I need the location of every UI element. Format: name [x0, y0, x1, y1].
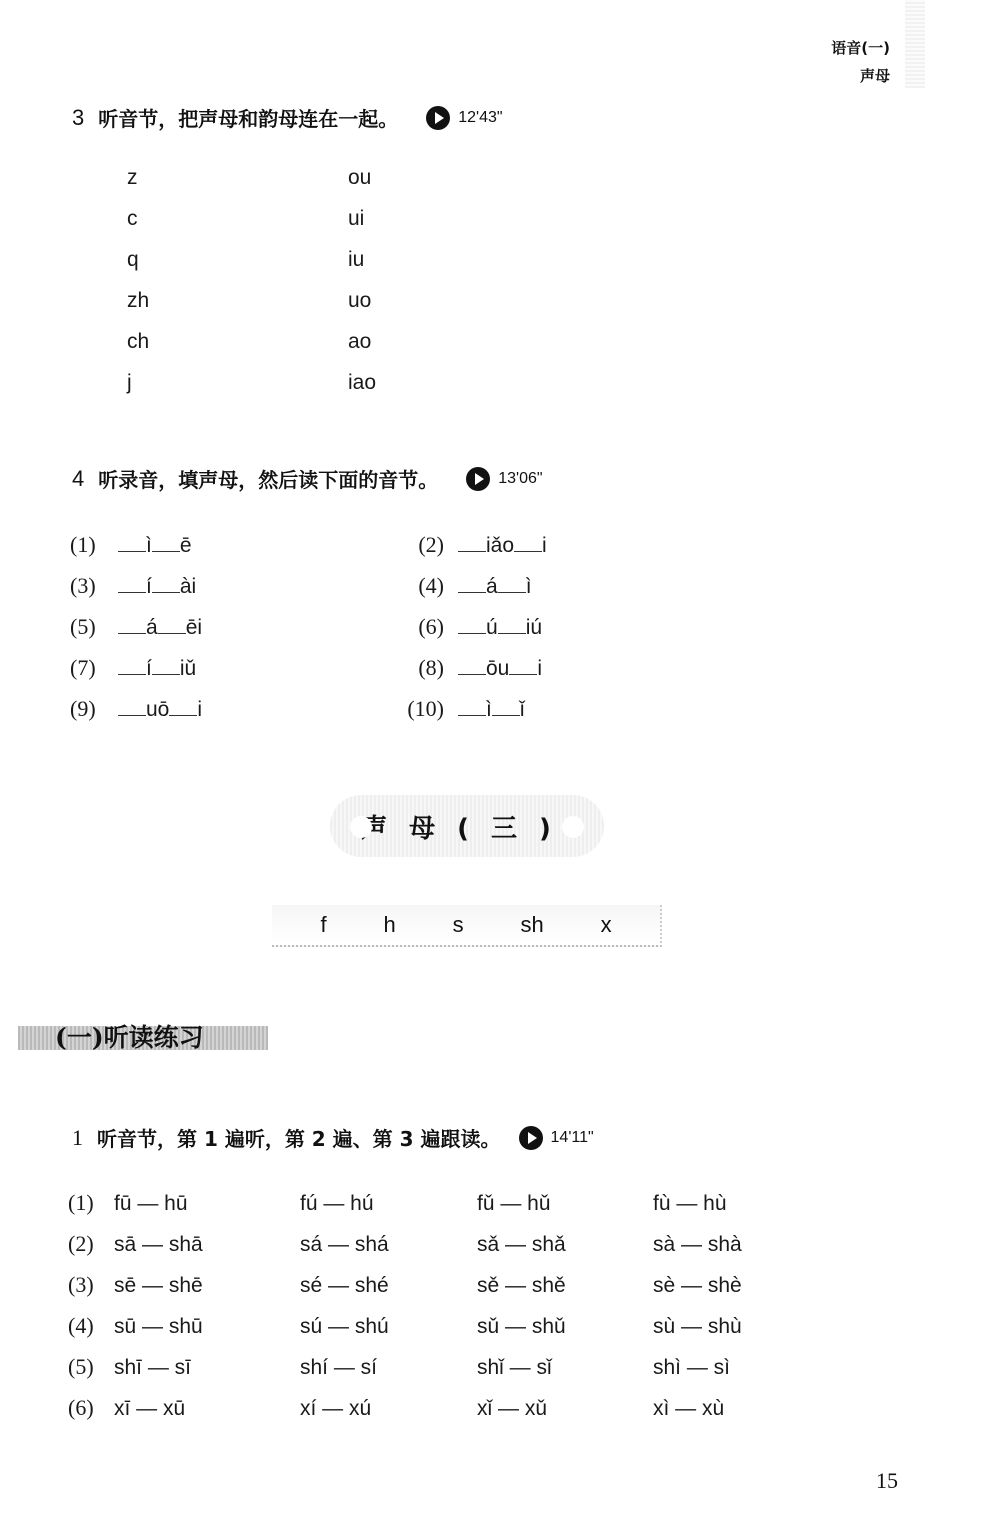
syllable-pair: sè — shè	[653, 1274, 742, 1298]
final-item[interactable]: ui	[348, 207, 376, 248]
exercise-instruction: 听音节，把声母和韵母连在一起。	[98, 103, 398, 132]
blank-input[interactable]	[458, 615, 486, 634]
syllable-pair: shí — sí	[300, 1356, 477, 1380]
syllable-part: ú	[486, 616, 498, 639]
blank-input[interactable]	[152, 533, 180, 552]
blank-input[interactable]	[509, 656, 537, 675]
syllable-pair: sū — shū	[114, 1315, 300, 1339]
row-label: (6)	[68, 1395, 114, 1421]
syllable-part: á	[146, 616, 158, 639]
item-label: (10)	[400, 696, 444, 722]
blank-input[interactable]	[169, 697, 197, 716]
blank-input[interactable]	[152, 656, 180, 675]
initials-column: z c q zh ch j	[127, 166, 149, 412]
chapter-title: 语音(一)	[831, 34, 890, 62]
item-label: (7)	[70, 655, 104, 681]
exercise-4-heading: 4 听录音，填声母，然后读下面的音节。 13'06"	[72, 464, 543, 493]
exercise-3-heading: 3 听音节，把声母和韵母连在一起。 12'43"	[72, 103, 503, 132]
syllable-part: iǎo	[486, 534, 514, 557]
item-label: (8)	[400, 655, 444, 681]
blank-input[interactable]	[458, 533, 486, 552]
blank-input[interactable]	[498, 615, 526, 634]
section-title: (一)听读练习	[55, 1018, 204, 1054]
syllable-pair: xì — xù	[653, 1397, 724, 1421]
fill-item: (7) íiǔ	[70, 655, 202, 696]
fill-item: (4) áì	[400, 573, 547, 614]
syllable-part: i	[197, 698, 202, 721]
table-row: (3) sē — shē sé — shé sě — shě sè — shè	[68, 1272, 742, 1313]
exercise-1-heading: 1 听音节，第 1 遍听，第 2 遍、第 3 遍跟读。 14'11"	[72, 1123, 594, 1152]
play-icon[interactable]	[466, 467, 490, 491]
initial-letter: x	[601, 912, 612, 938]
syllable-pair: sù — shù	[653, 1315, 742, 1339]
page-number: 15	[876, 1468, 898, 1494]
blank-input[interactable]	[118, 656, 146, 675]
blank-input[interactable]	[118, 697, 146, 716]
row-label: (1)	[68, 1190, 114, 1216]
item-label: (4)	[400, 573, 444, 599]
syllable-pair: fú — hú	[300, 1192, 477, 1216]
fill-item: (10) ìǐ	[400, 696, 547, 737]
blank-input[interactable]	[152, 574, 180, 593]
blank-input[interactable]	[118, 533, 146, 552]
item-label: (1)	[70, 532, 104, 558]
audio-marker[interactable]: 14'11"	[519, 1126, 594, 1150]
syllable-pair: shǐ — sǐ	[477, 1356, 653, 1380]
exercise-instruction: 听录音，填声母，然后读下面的音节。	[98, 464, 438, 493]
syllable-part: uō	[146, 698, 169, 721]
blank-input[interactable]	[458, 656, 486, 675]
syllable-pair: sǎ — shǎ	[477, 1233, 653, 1257]
table-row: (5) shī — sī shí — sí shǐ — sǐ shì — sì	[68, 1354, 742, 1395]
syllable-part: ài	[180, 575, 196, 598]
fill-item: (2) iǎoi	[400, 532, 547, 573]
audio-timestamp: 12'43"	[458, 109, 502, 127]
syllable-pair: sě — shě	[477, 1274, 653, 1298]
syllable-pair: sé — shé	[300, 1274, 477, 1298]
initial-item[interactable]: ch	[127, 330, 149, 371]
syllable-pair: sǔ — shǔ	[477, 1315, 653, 1339]
blank-input[interactable]	[118, 615, 146, 634]
final-item[interactable]: uo	[348, 289, 376, 330]
blank-input[interactable]	[514, 533, 542, 552]
syllable-pair: fù — hù	[653, 1192, 727, 1216]
final-item[interactable]: iao	[348, 371, 376, 412]
initial-item[interactable]: j	[127, 371, 149, 412]
syllable-pair: xǐ — xǔ	[477, 1397, 653, 1421]
table-row: (2) sā — shā sá — shá sǎ — shǎ sà — shà	[68, 1231, 742, 1272]
final-item[interactable]: ou	[348, 166, 376, 207]
finals-column: ou ui iu uo ao iao	[348, 166, 376, 412]
blank-input[interactable]	[118, 574, 146, 593]
fill-item: (6) úiú	[400, 614, 547, 655]
syllable-pair: xī — xū	[114, 1397, 300, 1421]
item-label: (2)	[400, 532, 444, 558]
syllable-pair: shì — sì	[653, 1356, 730, 1380]
exercise-instruction: 听音节，第 1 遍听，第 2 遍、第 3 遍跟读。	[97, 1123, 501, 1152]
initial-letter: h	[383, 912, 395, 938]
item-label: (3)	[70, 573, 104, 599]
header-decoration	[905, 0, 925, 88]
syllable-pair: shī — sī	[114, 1356, 300, 1380]
play-icon[interactable]	[519, 1126, 543, 1150]
item-label: (5)	[70, 614, 104, 640]
syllable-part: i	[542, 534, 547, 557]
syllable-part: ì	[526, 575, 532, 598]
final-item[interactable]: iu	[348, 248, 376, 289]
audio-timestamp: 13'06"	[498, 470, 542, 488]
lesson-title: 声母(三)	[361, 808, 573, 845]
initial-item[interactable]: zh	[127, 289, 149, 330]
fill-blank-right-column: (2) iǎoi (4) áì (6) úiú (8) ōui (10) ìǐ	[400, 532, 547, 737]
syllable-part: iǔ	[180, 657, 196, 680]
item-label: (9)	[70, 696, 104, 722]
initial-item[interactable]: c	[127, 207, 149, 248]
syllable-part: ǐ	[520, 698, 525, 721]
blank-input[interactable]	[492, 697, 520, 716]
syllable-pair: fǔ — hǔ	[477, 1192, 653, 1216]
row-label: (3)	[68, 1272, 114, 1298]
exercise-number: 3	[72, 105, 84, 131]
syllable-pair: sá — shá	[300, 1233, 477, 1257]
row-label: (4)	[68, 1313, 114, 1339]
syllable-pair: sā — shā	[114, 1233, 300, 1257]
lesson-banner: 声母(三)	[330, 795, 604, 857]
table-row: (6) xī — xū xí — xú xǐ — xǔ xì — xù	[68, 1395, 742, 1436]
syllable-part: ē	[180, 534, 192, 557]
initial-item[interactable]: z	[127, 166, 149, 207]
item-label: (6)	[400, 614, 444, 640]
syllable-pair: sú — shú	[300, 1315, 477, 1339]
fill-blank-left-column: (1) ìē (3) íài (5) áēi (7) íiǔ (9) uōi	[70, 532, 202, 737]
audio-timestamp: 14'11"	[551, 1129, 594, 1147]
initial-letter: sh	[520, 912, 543, 938]
final-item[interactable]: ao	[348, 330, 376, 371]
fill-item: (3) íài	[70, 573, 202, 614]
topic-title: 声母	[831, 62, 890, 90]
fill-item: (9) uōi	[70, 696, 202, 737]
play-icon[interactable]	[426, 106, 450, 130]
syllable-part: i	[537, 657, 542, 680]
blank-input[interactable]	[498, 574, 526, 593]
audio-marker[interactable]: 13'06"	[466, 467, 542, 491]
fill-item: (8) ōui	[400, 655, 547, 696]
initial-item[interactable]: q	[127, 248, 149, 289]
syllable-table: (1) fū — hū fú — hú fǔ — hǔ fù — hù (2) …	[68, 1190, 742, 1436]
table-row: (4) sū — shū sú — shú sǔ — shǔ sù — shù	[68, 1313, 742, 1354]
exercise-number: 4	[72, 466, 84, 492]
lesson-initials-box: f h s sh x	[272, 905, 662, 947]
fill-item: (1) ìē	[70, 532, 202, 573]
row-label: (2)	[68, 1231, 114, 1257]
syllable-part: ēi	[186, 616, 202, 639]
blank-input[interactable]	[458, 697, 486, 716]
audio-marker[interactable]: 12'43"	[426, 106, 502, 130]
syllable-pair: sà — shà	[653, 1233, 742, 1257]
syllable-part: á	[486, 575, 498, 598]
running-header: 语音(一) 声母	[831, 34, 890, 90]
syllable-pair: xí — xú	[300, 1397, 477, 1421]
table-row: (1) fū — hū fú — hú fǔ — hǔ fù — hù	[68, 1190, 742, 1231]
initial-letter: s	[453, 912, 464, 938]
exercise-number: 1	[72, 1125, 83, 1151]
blank-input[interactable]	[458, 574, 486, 593]
row-label: (5)	[68, 1354, 114, 1380]
syllable-pair: fū — hū	[114, 1192, 300, 1216]
syllable-part: ōu	[486, 657, 509, 680]
initial-letter: f	[320, 912, 326, 938]
syllable-part: iú	[526, 616, 542, 639]
blank-input[interactable]	[158, 615, 186, 634]
fill-item: (5) áēi	[70, 614, 202, 655]
syllable-pair: sē — shē	[114, 1274, 300, 1298]
